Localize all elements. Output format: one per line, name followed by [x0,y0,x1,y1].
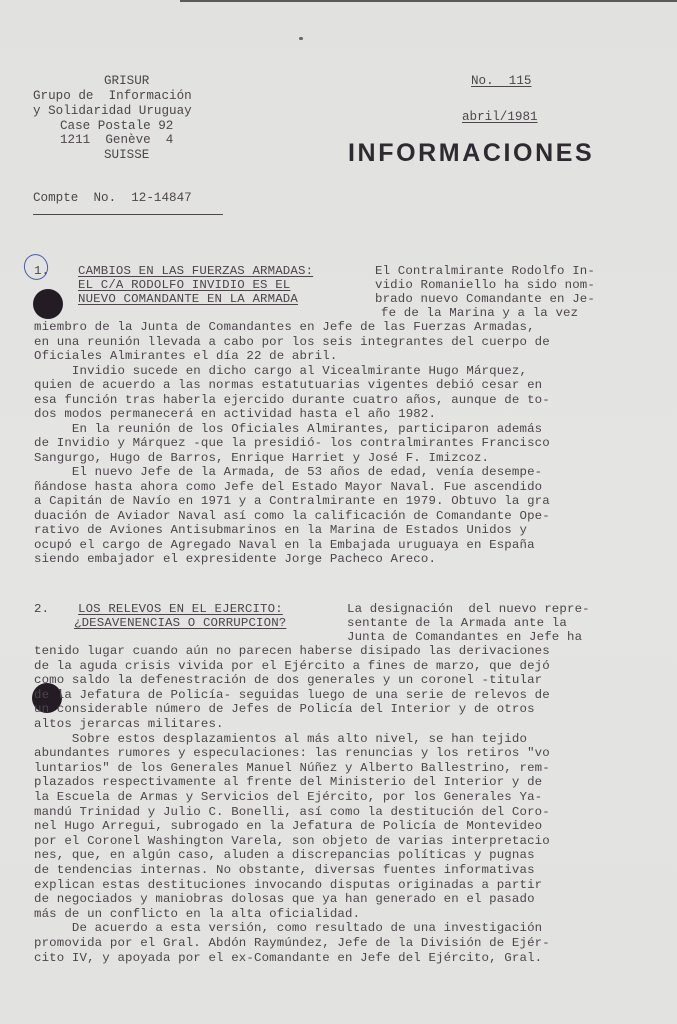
body-text-line: El nuevo Jefe de la Armada, de 53 años d… [34,466,542,479]
scan-speck [299,37,303,40]
issue-number: No. 115 [471,74,531,89]
body-text-line: Sangurgo, Hugo de Barros, Enrique Harrie… [34,452,489,465]
section-lead-line: fe de la Marina y a la vez [381,307,578,320]
body-text-line: un considerable número de Jefes de Polic… [34,703,535,716]
org-line: y Solidaridad Uruguay [33,104,192,119]
body-text-line: a Capitán de Navío en 1971 y a Contralmi… [34,495,550,508]
section-lead-line: vidio Romaniello ha sido nom- [375,279,595,292]
section-number: 2. [34,603,49,616]
body-text-line: por el Coronel Washington Varela, son ob… [34,835,550,848]
section-lead-line: Junta de Comandantes en Jefe ha [347,631,582,644]
body-text-line: Oficiales Almirantes el día 22 de abril. [34,350,337,363]
body-text-line: mandú Trinidad y Julio C. Bonelli, así c… [34,806,550,819]
body-text-line: abundantes rumores y especulaciones: las… [34,747,550,760]
section-heading-line: EL C/A RODOLFO INVIDIO ES EL [78,279,290,292]
body-text-line: de Invidio y Márquez -que la presidió- l… [34,437,550,450]
publication-title: INFORMACIONES [348,139,594,168]
body-text-line: de la aguda crisis vivida por el Ejércit… [34,660,550,673]
body-text-line: altos jerarcas militares. [34,718,224,731]
body-text-line: de la Jefatura de Policía- seguidas lueg… [34,689,550,702]
section-heading-line: ¿DESAVENENCIAS O CORRUPCION? [74,617,286,630]
body-text-line: esa función tras haberla ejercido durant… [34,394,550,407]
body-text-line: tenido lugar cuando aún no parecen haber… [34,645,550,658]
org-address-line: Case Postale 92 [60,119,173,134]
scan-edge [180,0,677,2]
body-text-line: miembro de la Junta de Comandantes en Je… [34,321,535,334]
body-text-line: luntarios" de los Generales Manuel Núñez… [34,762,550,775]
issue-date: abril/1981 [462,110,538,125]
body-text-line: Sobre estos desplazamientos al más alto … [34,733,527,746]
body-text-line: Invidio sucede en dicho cargo al Vicealm… [34,365,527,378]
body-text-line: cito IV, y apoyada por el ex-Comandante … [34,952,542,965]
section-lead-line: brado nuevo Comandante en Je- [375,293,595,306]
account-rule [33,214,223,215]
section-lead-line: La designación del nuevo repre- [347,603,590,616]
org-country: SUISSE [104,148,149,163]
section-lead-line: El Contralmirante Rodolfo In- [375,265,595,278]
body-text-line: nes, que, en algún caso, aluden a discre… [34,849,535,862]
account-number: Compte No. 12-14847 [33,191,192,206]
body-text-line: rativo de Aviones Antisubmarinos en la M… [34,524,527,537]
body-text-line: de tendencias internas. No obstante, div… [34,864,535,877]
body-text-line: explican estas destituciones invocando d… [34,879,542,892]
scanned-document-page: GRISUR Grupo de Información y Solidarida… [0,0,677,1024]
body-text-line: de negociados y maniobras dolosas que ya… [34,893,535,906]
org-name: GRISUR [104,74,149,89]
body-text-line: siendo embajador el expresidente Jorge P… [34,553,436,566]
body-text-line: De acuerdo a esta versión, como resultad… [34,922,542,935]
body-text-line: promovida por el Gral. Abdón Raymúndez, … [34,937,550,950]
body-text-line: duación de Aviador Naval así como la cal… [34,510,550,523]
body-text-line: más de un conflicto en la alta oficialid… [34,908,360,921]
section-heading-line: CAMBIOS EN LAS FUERZAS ARMADAS: [78,265,313,278]
section-lead-line: sentante de la Armada ante la [347,617,567,630]
section-heading-line: NUEVO COMANDANTE EN LA ARMADA [78,293,298,306]
punch-hole [33,289,63,319]
body-text-line: la Escuela de Armas y Servicios del Ejér… [34,791,542,804]
body-text-line: En la reunión de los Oficiales Almirante… [34,423,542,436]
body-text-line: quien de acuerdo a las normas estatutuar… [34,379,542,392]
body-text-line: nel Hugo Arregui, subrogado en la Jefatu… [34,820,542,833]
body-text-line: en una reunión llevada a cabo por los se… [34,336,550,349]
body-text-line: como saldo la defenestración de dos gene… [34,674,542,687]
org-line: Grupo de Información [33,89,192,104]
body-text-line: dos modos permanecerá en actividad hasta… [34,408,436,421]
section-number: 1. [34,265,49,278]
section-heading-line: LOS RELEVOS EN EL EJERCITO: [78,603,283,616]
body-text-line: plazados respectivamente al frente del M… [34,776,542,789]
body-text-line: ocupó el cargo de Agregado Naval en la E… [34,539,535,552]
body-text-line: ñándose hasta ahora como Jefe del Estado… [34,481,542,494]
org-address-line: 1211 Genève 4 [60,133,173,148]
